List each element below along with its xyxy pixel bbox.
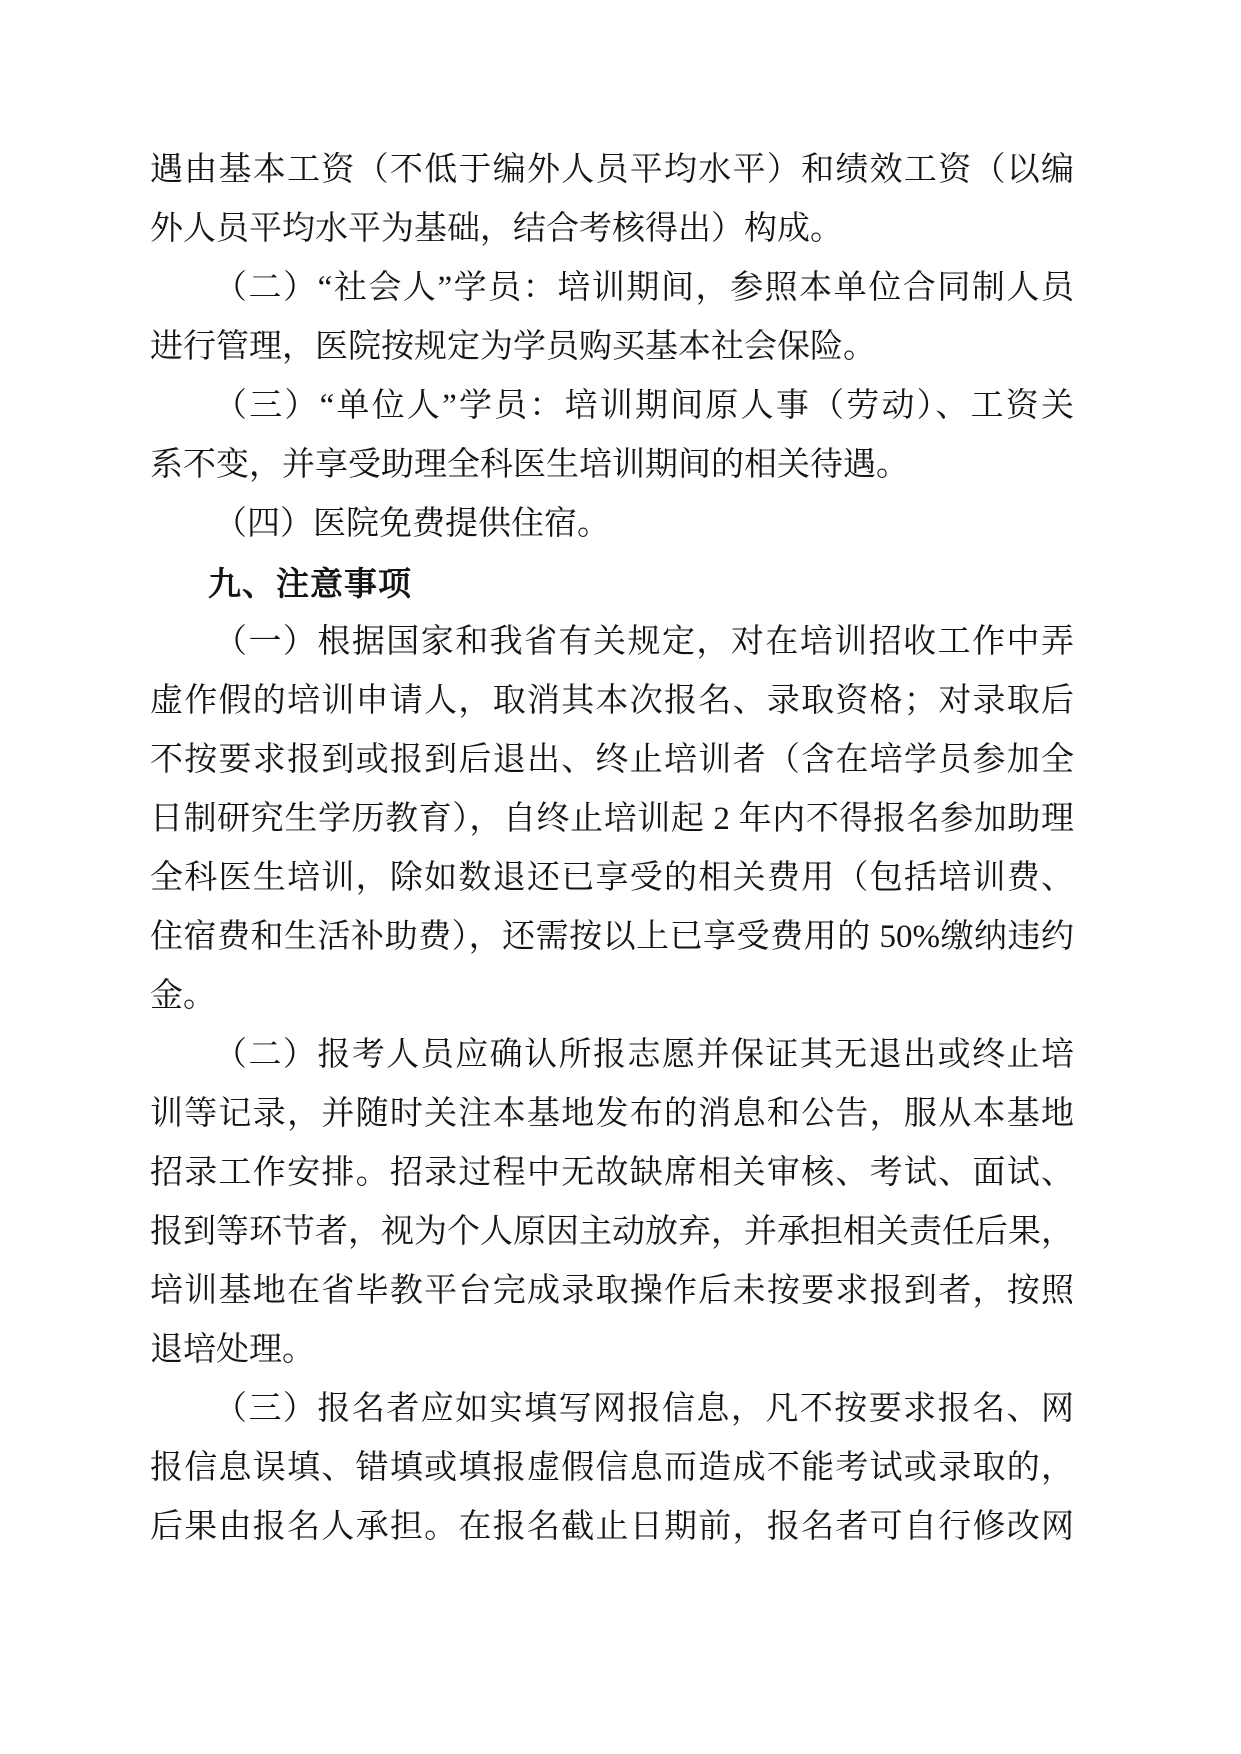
text-line: 后果由报名人承担。在报名截止日期前，报名者可自行修改网: [150, 1498, 1074, 1557]
text-line: 遇由基本工资（不低于编外人员平均水平）和绩效工资（以编: [150, 141, 1074, 200]
text-line: （二）报考人员应确认所报志愿并保证其无退出或终止培: [150, 1026, 1074, 1085]
text-line: （三）报名者应如实填写网报信息，凡不按要求报名、网: [150, 1380, 1074, 1439]
text-line: 全科医生培训，除如数退还已享受的相关费用（包括培训费、: [150, 849, 1074, 908]
text-line: 退培处理。: [150, 1321, 1074, 1380]
text-line: （一）根据国家和我省有关规定，对在培训招收工作中弄: [150, 613, 1074, 672]
text-line: 不按要求报到或报到后退出、终止培训者（含在培学员参加全: [150, 731, 1074, 790]
text-line: 日制研究生学历教育），自终止培训起 2 年内不得报名参加助理: [150, 790, 1074, 849]
document-page: 遇由基本工资（不低于编外人员平均水平）和绩效工资（以编 外人员平均水平为基础，结…: [0, 0, 1241, 1754]
text-line: 住宿费和生活补助费），还需按以上已享受费用的 50%缴纳违约: [150, 908, 1074, 967]
text-line: （四）医院免费提供住宿。: [150, 495, 1074, 554]
section-heading: 九、注意事项: [150, 554, 1074, 613]
text-block: 遇由基本工资（不低于编外人员平均水平）和绩效工资（以编 外人员平均水平为基础，结…: [150, 141, 1074, 1557]
text-line: 培训基地在省毕教平台完成录取操作后未按要求报到者，按照: [150, 1262, 1074, 1321]
text-line: 报信息误填、错填或填报虚假信息而造成不能考试或录取的，: [150, 1439, 1074, 1498]
text-line: （二）“社会人”学员：培训期间，参照本单位合同制人员: [150, 259, 1074, 318]
text-line: 招录工作安排。招录过程中无故缺席相关审核、考试、面试、: [150, 1144, 1074, 1203]
text-line: 训等记录，并随时关注本基地发布的消息和公告，服从本基地: [150, 1085, 1074, 1144]
text-line: 报到等环节者，视为个人原因主动放弃，并承担相关责任后果，: [150, 1203, 1074, 1262]
text-line: 虚作假的培训申请人，取消其本次报名、录取资格；对录取后: [150, 672, 1074, 731]
text-line: 进行管理，医院按规定为学员购买基本社会保险。: [150, 318, 1074, 377]
text-line: 金。: [150, 967, 1074, 1026]
text-line: 外人员平均水平为基础，结合考核得出）构成。: [150, 200, 1074, 259]
text-line: （三）“单位人”学员：培训期间原人事（劳动）、工资关: [150, 377, 1074, 436]
text-line: 系不变，并享受助理全科医生培训期间的相关待遇。: [150, 436, 1074, 495]
